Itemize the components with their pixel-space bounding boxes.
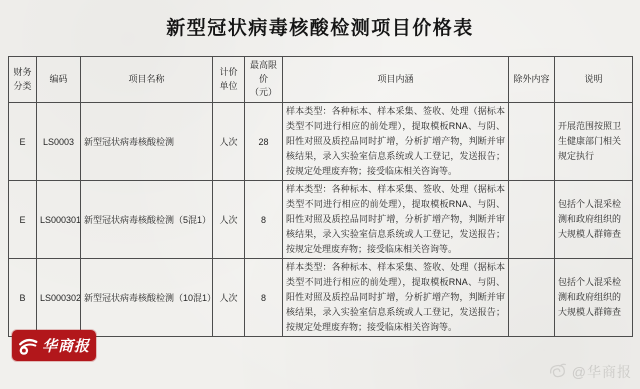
header-notes: 说明 (555, 57, 633, 103)
name-cell: 新型冠状病毒核酸检测（10混1） (81, 259, 213, 337)
header-code: 编码 (37, 57, 81, 103)
header-exclusions: 除外内容 (509, 57, 555, 103)
header-max-price-line2: （元） (248, 86, 279, 100)
unit-cell: 人次 (213, 259, 245, 337)
header-notes-label: 说明 (558, 73, 629, 87)
content-cell: 样本类型：各种标本、样本采集、签收、处理（据标本类型不同进行相应的前处理），提取… (283, 103, 509, 181)
content-cell: 样本类型：各种标本、样本采集、签收、处理（据标本类型不同进行相应的前处理），提取… (283, 259, 509, 337)
watermark-swirl-icon (545, 360, 570, 385)
name-cell: 新型冠状病毒核酸检测（5混1） (81, 181, 213, 259)
header-name: 项目名称 (81, 57, 213, 103)
header-finance-class-line1: 财务 (12, 66, 33, 80)
exclusions-cell (509, 181, 555, 259)
header-content-label: 项目内涵 (286, 73, 505, 87)
price-cell: 8 (245, 259, 283, 337)
header-name-label: 项目名称 (84, 73, 209, 87)
table-row: B LS000302 新型冠状病毒核酸检测（10混1） 人次 8 样本类型：各种… (9, 259, 633, 337)
name-cell: 新型冠状病毒核酸检测 (81, 103, 213, 181)
header-unit: 计价单位 (213, 57, 245, 103)
exclusions-cell (509, 259, 555, 337)
header-max-price-line1: 最高限价 (248, 59, 279, 86)
weibo-watermark: @华商报 (547, 361, 632, 383)
finance-class-cell: B (9, 259, 37, 337)
notes-cell: 包括个人混采检测和政府组织的大规模人群筛查 (555, 181, 633, 259)
content-cell: 样本类型：各种标本、样本采集、签收、处理（据标本类型不同进行相应的前处理），提取… (283, 181, 509, 259)
page-title: 新型冠状病毒核酸检测项目价格表 (0, 13, 640, 40)
header-unit-line1: 计价 (216, 66, 241, 80)
header-unit-line2: 单位 (216, 80, 241, 94)
table-row: E LS000301 新型冠状病毒核酸检测（5混1） 人次 8 样本类型：各种标… (9, 181, 633, 259)
finance-class-cell: E (9, 181, 37, 259)
price-table: 财务分类 编码 项目名称 计价单位 最高限价（元） 项目内涵 除外内容 说明 E… (8, 56, 633, 337)
code-cell: LS0003 (37, 103, 81, 181)
code-cell: LS000302 (37, 259, 81, 337)
logo-text: 华商报 (42, 335, 90, 356)
notes-cell: 包括个人混采检测和政府组织的大规模人群筛查 (555, 259, 633, 337)
header-max-price: 最高限价（元） (245, 57, 283, 103)
unit-cell: 人次 (213, 103, 245, 181)
code-cell: LS000301 (37, 181, 81, 259)
header-content: 项目内涵 (283, 57, 509, 103)
unit-cell: 人次 (213, 181, 245, 259)
header-finance-class: 财务分类 (9, 57, 37, 103)
header-exclusions-label: 除外内容 (512, 73, 551, 87)
logo-swirl-icon (17, 335, 39, 357)
price-cell: 28 (245, 103, 283, 181)
watermark-text: @华商报 (572, 362, 632, 382)
finance-class-cell: E (9, 103, 37, 181)
huashang-daily-logo: 华商报 (12, 330, 96, 361)
header-finance-class-line2: 分类 (12, 80, 33, 94)
price-cell: 8 (245, 181, 283, 259)
table-header-row: 财务分类 编码 项目名称 计价单位 最高限价（元） 项目内涵 除外内容 说明 (9, 57, 633, 103)
notes-cell: 开展范围按照卫生健康部门相关规定执行 (555, 103, 633, 181)
header-code-label: 编码 (40, 73, 77, 87)
table-row: E LS0003 新型冠状病毒核酸检测 人次 28 样本类型：各种标本、样本采集… (9, 103, 633, 181)
exclusions-cell (509, 103, 555, 181)
